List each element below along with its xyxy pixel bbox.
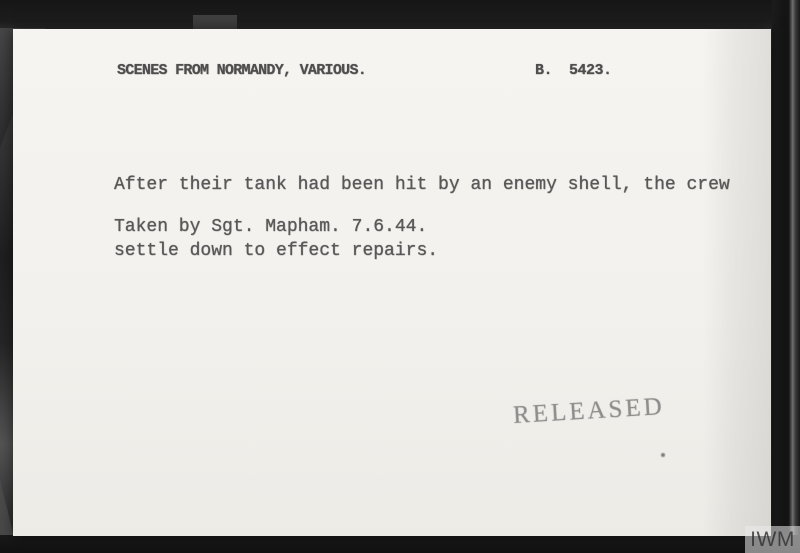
caption-line-1: After their tank had been hit by an enem… [114, 174, 730, 196]
iwm-watermark-text: IWM [750, 529, 795, 550]
photographed-caption-card: SCENES FROM NORMANDY, VARIOUS. B. 5423. … [0, 0, 800, 553]
photo-mount-top-band [0, 0, 800, 29]
stamp-ink-speck [661, 453, 665, 457]
photo-mount-bottom-band [0, 535, 800, 553]
released-stamp: RELEASED [512, 392, 683, 430]
photographer-credit-line: Taken by Sgt. Mapham. 7.6.44. [114, 217, 427, 237]
card-reference-number: B. 5423. [535, 62, 612, 79]
mount-highlight [193, 15, 237, 29]
photo-mount-right-band [772, 0, 800, 553]
card-title: SCENES FROM NORMANDY, VARIOUS. [117, 62, 366, 79]
caption-line-2: settle down to effect repairs. [114, 240, 730, 262]
index-card: SCENES FROM NORMANDY, VARIOUS. B. 5423. … [13, 29, 771, 536]
iwm-watermark: IWM [745, 526, 800, 553]
